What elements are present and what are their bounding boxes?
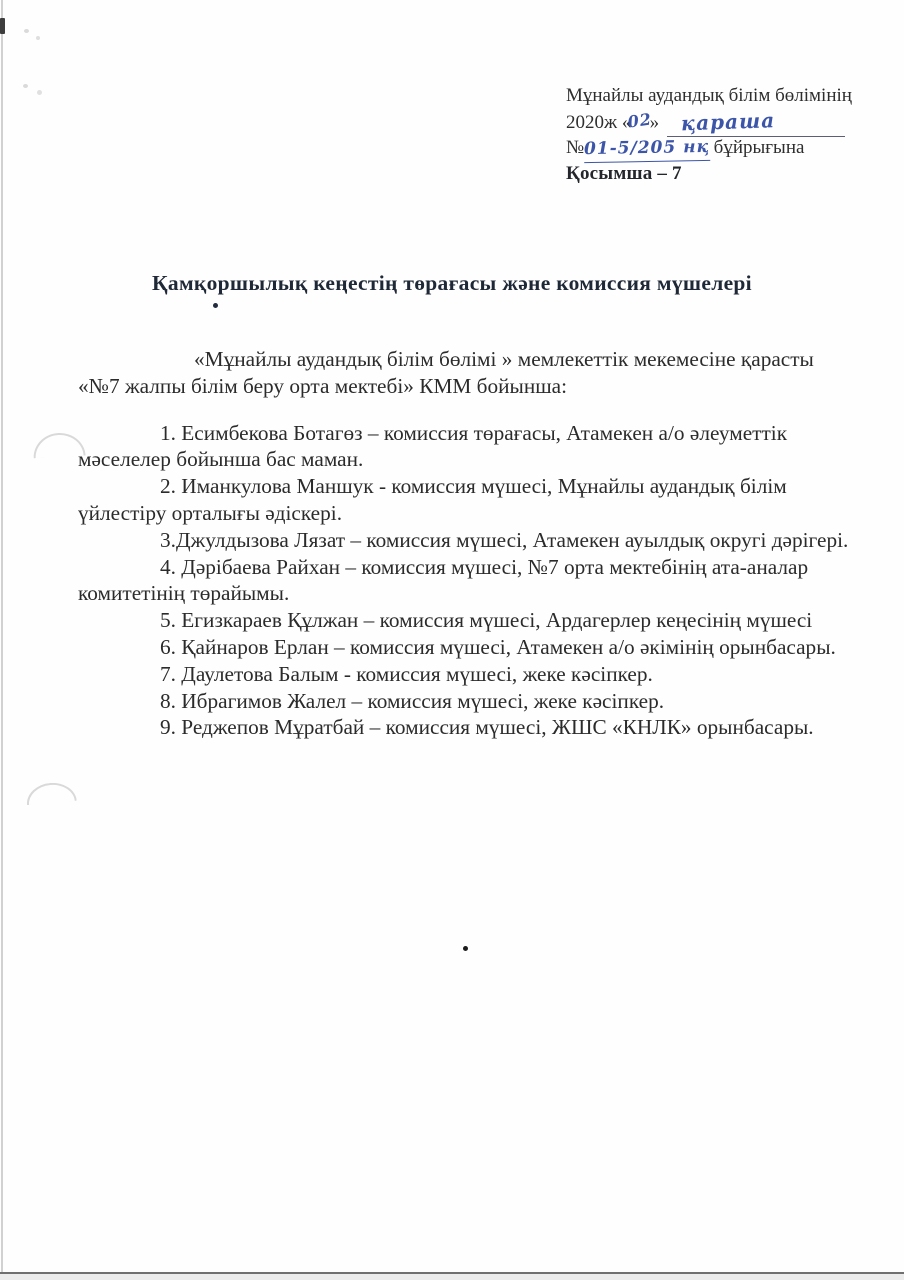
member-item: 4. Дәрібаева Райхан – комиссия мүшесі, №… (78, 554, 858, 608)
member-item: 1. Есимбекова Ботагөз – комиссия төрағас… (78, 420, 858, 474)
punch-hole-artifact-bottom (25, 781, 77, 805)
member-item: 3.Джулдызова Лязат – комиссия мүшесі, Ат… (78, 527, 858, 554)
scan-bottom-shadow (0, 1274, 904, 1280)
document-body: «Мұнайлы аудандық білім бөлімі » мемлеке… (78, 346, 858, 741)
scan-speck (23, 84, 28, 88)
header-date-line: 2020ж «02»қараша (566, 109, 888, 137)
document-title: Қамқоршылық кеңестің төрағасы және комис… (0, 271, 904, 296)
month-blank-line: қараша (667, 110, 845, 138)
approval-header-block: Мұнайлы аудандық білім бөлімінің 2020ж «… (566, 84, 888, 186)
handwritten-day: 02 (627, 107, 654, 135)
handwritten-month: қараша (667, 108, 776, 136)
date-printed-prefix: 2020ж « (566, 112, 631, 133)
member-item: 9. Реджепов Мұратбай – комиссия мүшесі, … (78, 714, 858, 741)
scan-left-edge (1, 0, 3, 1274)
member-item: 7. Даулетова Балым - комиссия мүшесі, же… (78, 661, 858, 688)
ink-dot-mid-page (463, 946, 468, 951)
order-printed-suffix: бұйрығына (714, 137, 805, 158)
member-item: 2. Иманкулова Маншук - комиссия мүшесі, … (78, 473, 858, 527)
scan-left-edge-mark (0, 18, 5, 34)
scan-speck (36, 36, 40, 40)
scan-speck (37, 90, 42, 95)
header-order-line: №01-5/205 нқбұйрығына (566, 136, 888, 162)
handwritten-order-number: 01-5/205 нқ (584, 135, 710, 163)
member-item: 6. Қайнаров Ерлан – комиссия мүшесі, Ата… (78, 634, 858, 661)
order-number-sign: № (566, 137, 584, 158)
appendix-label: Қосымша – 7 (566, 162, 888, 187)
commission-members-list: 1. Есимбекова Ботагөз – комиссия төрағас… (78, 420, 858, 742)
intro-paragraph: «Мұнайлы аудандық білім бөлімі » мемлеке… (78, 346, 858, 400)
header-organization: Мұнайлы аудандық білім бөлімінің (566, 84, 888, 109)
scanned-document-page: Мұнайлы аудандық білім бөлімінің 2020ж «… (0, 0, 904, 1280)
scan-speck (24, 29, 29, 33)
member-item: 8. Ибрагимов Жалел – комиссия мүшесі, же… (78, 688, 858, 715)
member-item: 5. Егизкараев Құлжан – комиссия мүшесі, … (78, 607, 858, 634)
ink-dot-under-title (213, 303, 218, 308)
